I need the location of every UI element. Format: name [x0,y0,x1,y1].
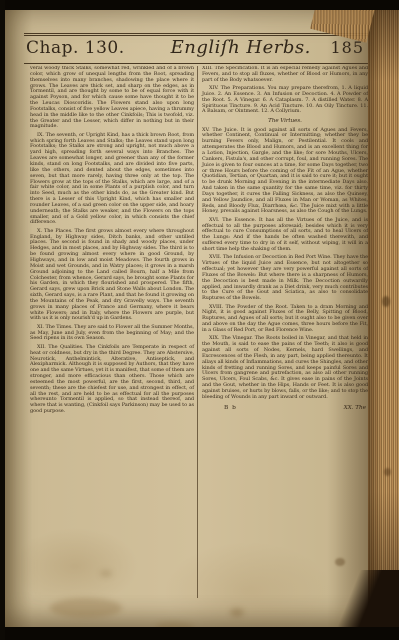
header-rule-bottom [24,63,368,64]
scan-edge-left [0,0,5,640]
paragraph: XVI. The Essence. It has all the Virtues… [202,218,368,253]
paragraph: X. The Places. The first grows almost ev… [30,229,194,323]
virtues-heading: The Virtues. [202,119,368,125]
paragraph: XIX. The Vinegar. The Roots boiled in Vi… [202,336,368,400]
paragraph: XII. The Qualities. The Cinkfoils are Te… [30,345,194,415]
right-column: XIII. The Specification. It is an especi… [198,66,368,598]
stain [230,608,244,617]
fore-edge-shadow [368,7,399,628]
paragraph: XIII. The Specification. It is an especi… [202,66,368,84]
paragraph: XI. The Times. They are said to Flower a… [30,325,194,343]
stain [384,468,391,476]
stain [50,598,122,618]
bottom-corner-shadow [314,570,399,632]
left-column: veral woody thick Stalks, somewhat red, … [30,66,197,598]
chapter-label: Chap. 130. [26,38,125,58]
text-block: veral woody thick Stalks, somewhat red, … [30,66,368,598]
running-title: Engliſh Herbs. [171,37,311,58]
paragraph: XIV. The Preparations. You may prepare t… [202,86,368,115]
paragraph: XVIII. The Powder of the Root. Taken to … [202,305,368,334]
scan-edge-top [0,0,399,10]
signature-mark: B b [224,406,237,412]
book-scan: Chap. 130. Engliſh Herbs. 185 veral wood… [0,0,399,640]
scan-edge-bottom [0,627,399,640]
running-head: Chap. 130. Engliſh Herbs. 185 [24,36,368,62]
paragraph: IX. The seventh, or Upright Kind, has a … [30,133,194,227]
catchword: XX. The [344,406,366,412]
paragraph: XVII. The Infusion or Decoction in Red P… [202,255,368,302]
paragraph: veral woody thick Stalks, somewhat red, … [30,66,194,130]
page-header: Chap. 130. Engliſh Herbs. 185 [24,33,368,64]
page-footer: B b XX. The [202,406,368,412]
paragraph: XV. The Juice. It is good against all so… [202,128,368,216]
stain [382,296,390,307]
